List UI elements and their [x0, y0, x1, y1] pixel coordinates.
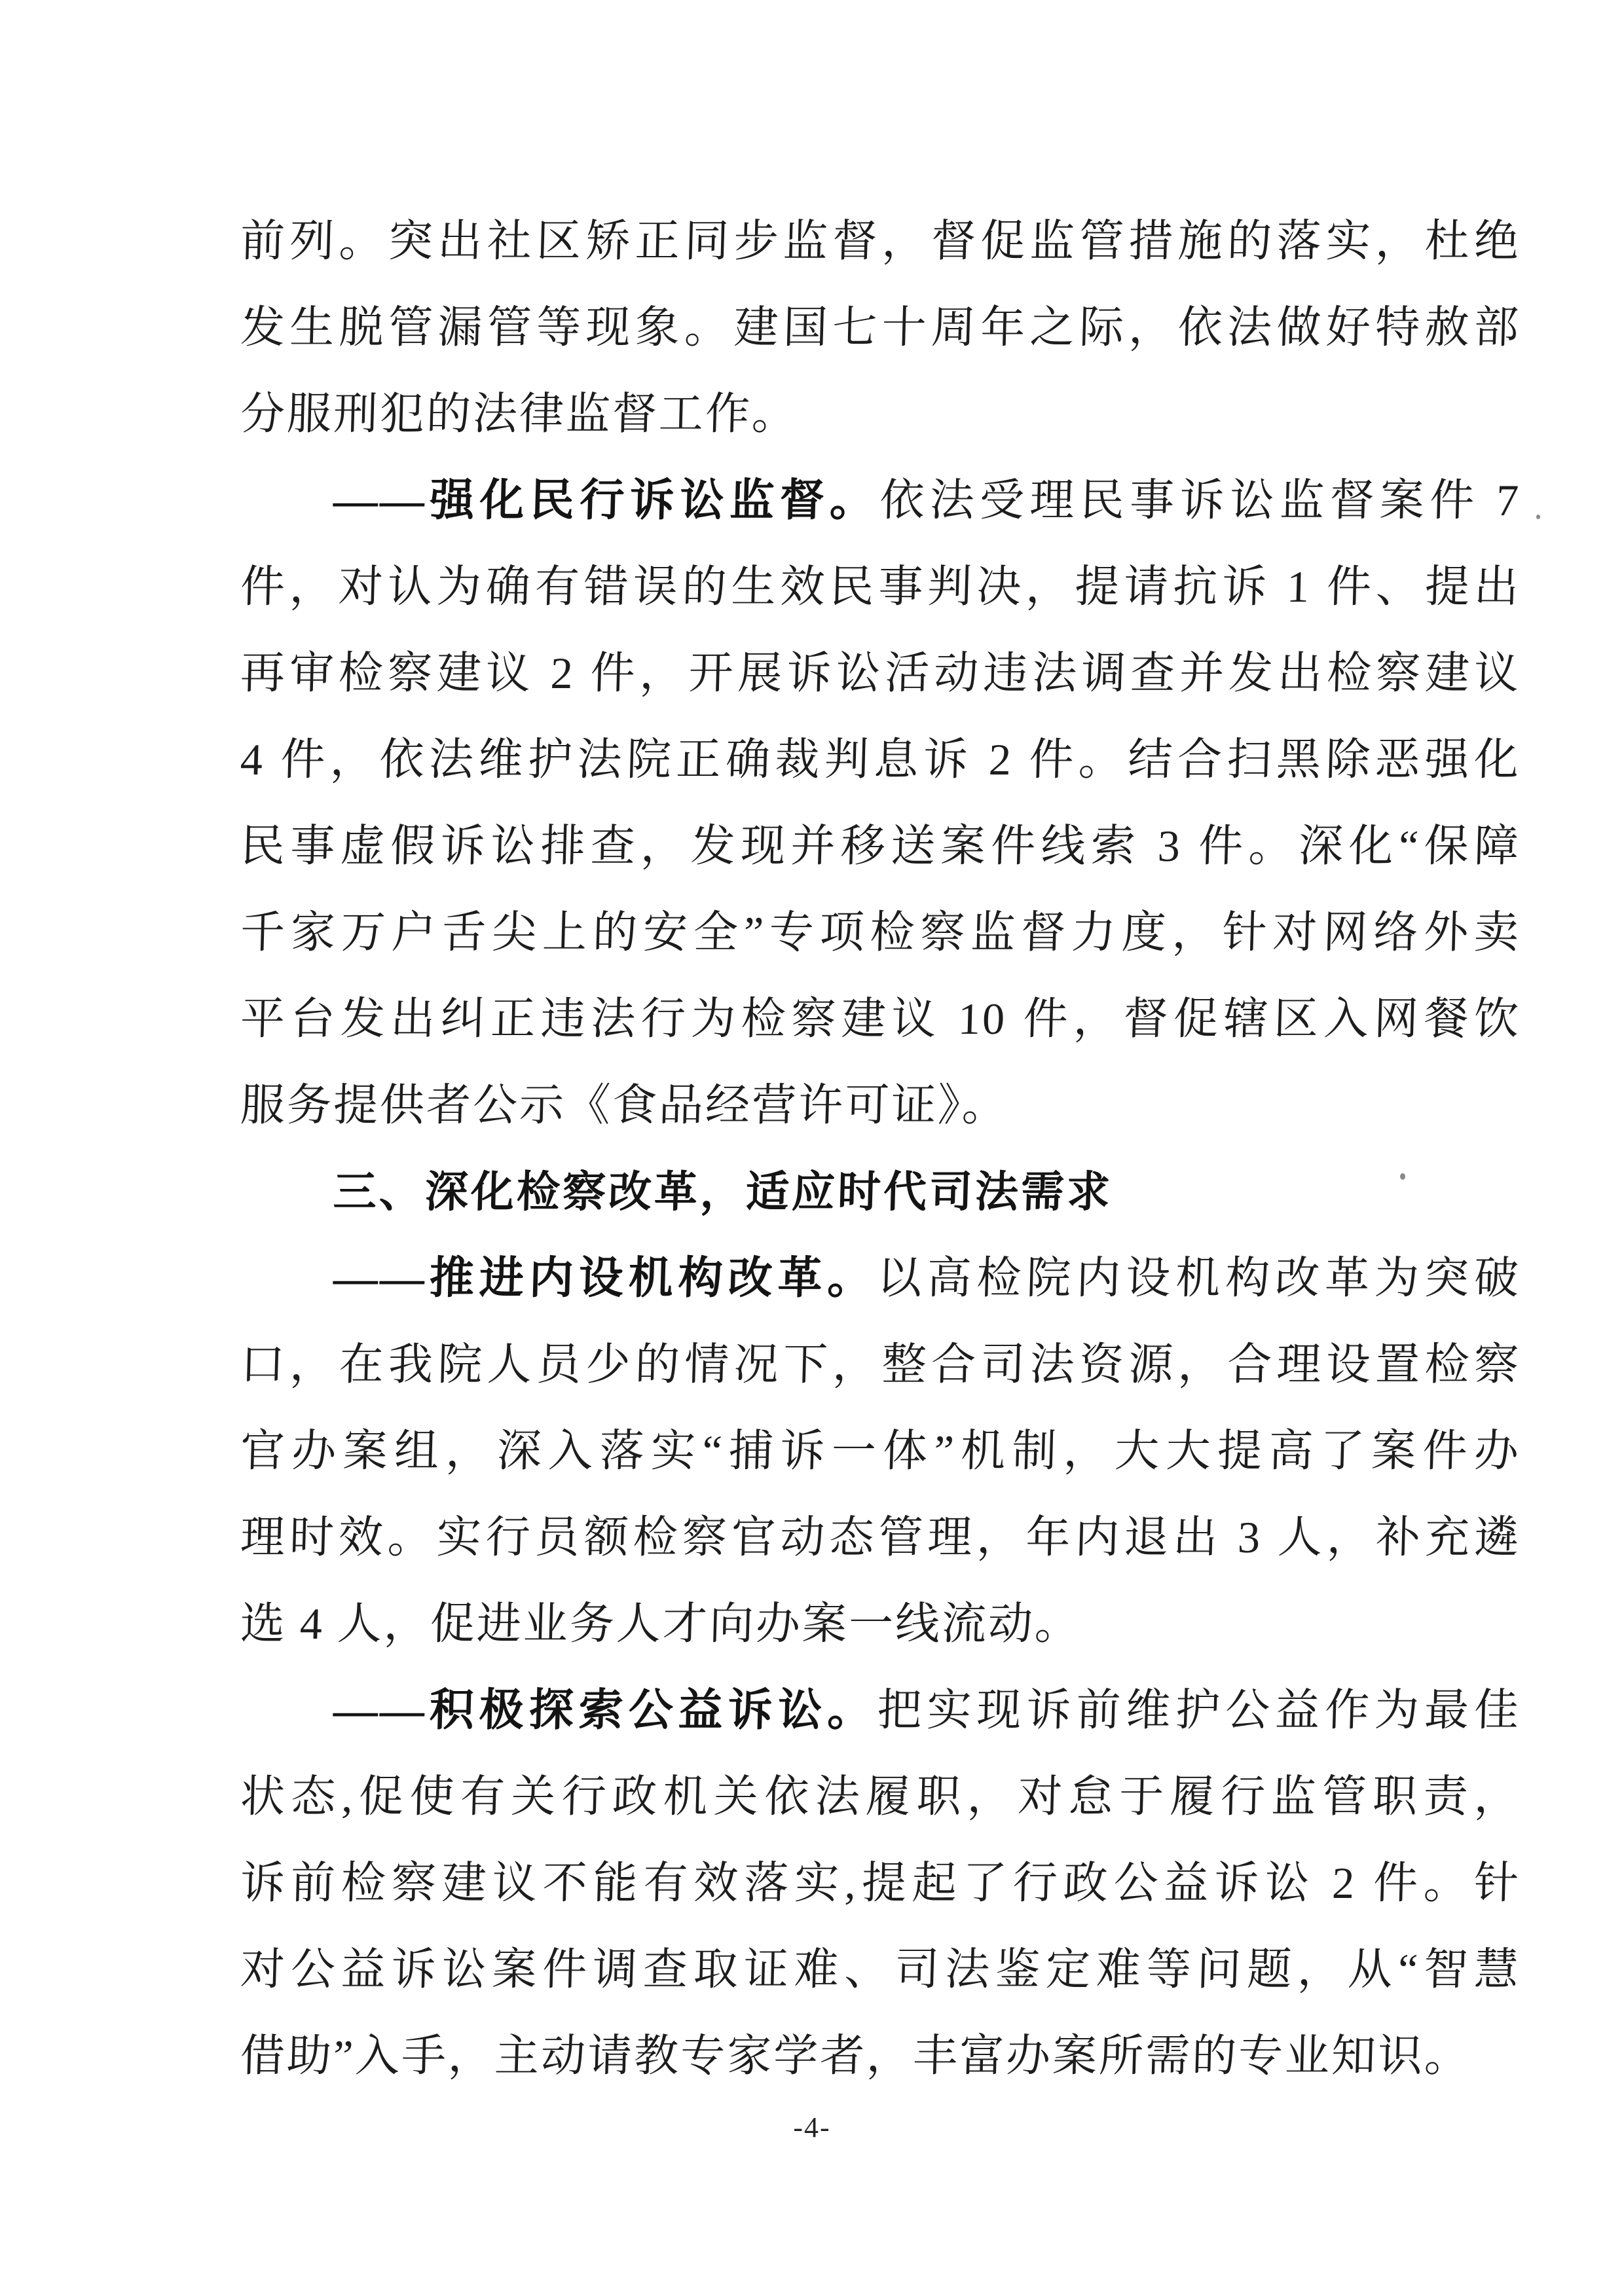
scan-speck — [1536, 515, 1540, 519]
text-line: 件，对认为确有错误的生效民事判决，提请抗诉 1 件、提出 — [239, 543, 1522, 630]
text-line: 服务提供者公示《食品经营许可证》。 — [239, 1062, 1522, 1148]
section-heading: 三、深化检察改革，适应时代司法需求 — [239, 1148, 1522, 1235]
page-number: -4- — [0, 2098, 1624, 2157]
text-line: 民事虚假诉讼排查，发现并移送案件线索 3 件。深化“保障 — [239, 803, 1522, 889]
scanned-page: 前列。突出社区矫正同步监督，督促监管措施的落实，杜绝发生脱管漏管等现象。建国七十… — [0, 0, 1624, 2296]
text-line: 官办案组，深入落实“捕诉一体”机制，大大提高了案件办 — [239, 1408, 1522, 1494]
text-run: 以高检院内设机构改革为突破 — [876, 1253, 1521, 1303]
text-line: 前列。突出社区矫正同步监督，督促监管措施的落实，杜绝 — [239, 198, 1522, 284]
text-run: 选 4 人，促进业务人才向办案一线流动。 — [240, 1599, 1082, 1649]
bold-lead-run: 三、深化检察改革，适应时代司法需求 — [333, 1167, 1113, 1216]
text-run: 依法受理民事诉讼监督案件 7 — [879, 475, 1521, 525]
text-run: 理时效。实行员额检察官动态管理，年内退出 3 人，补充遴 — [240, 1512, 1521, 1562]
text-line: 理时效。实行员额检察官动态管理，年内退出 3 人，补充遴 — [239, 1494, 1522, 1580]
text-column: 前列。突出社区矫正同步监督，督促监管措施的落实，杜绝发生脱管漏管等现象。建国七十… — [240, 198, 1521, 2099]
text-line: 4 件，依法维护法院正确裁判息诉 2 件。结合扫黑除恶强化 — [239, 716, 1522, 803]
text-run: 借助”入手，主动请教专家学者，丰富办案所需的专业知识。 — [240, 2031, 1471, 2081]
text-run: 民事虚假诉讼排查，发现并移送案件线索 3 件。深化“保障 — [240, 821, 1521, 871]
text-run: 件，对认为确有错误的生效民事判决，提请抗诉 1 件、提出 — [240, 562, 1521, 611]
text-run: 平台发出纠正违法行为检察建议 10 件，督促辖区入网餐饮 — [240, 994, 1521, 1044]
text-run: 前列。突出社区矫正同步监督，督促监管措施的落实，杜绝 — [240, 216, 1521, 266]
text-line: 对公益诉讼案件调查取证难、司法鉴定难等问题，从“智慧 — [239, 1926, 1522, 2013]
text-line: 再审检察建议 2 件，开展诉讼活动违法调查并发出检察建议 — [239, 630, 1522, 716]
bold-lead-run: ——推进内设机构改革。 — [333, 1253, 878, 1303]
text-run: 状态,促使有关行政机关依法履职，对怠于履行监管职责， — [240, 1772, 1521, 1821]
scan-speck — [1400, 1173, 1405, 1180]
text-run: 分服刑犯的法律监督工作。 — [240, 389, 799, 439]
text-run: 服务提供者公示《食品经营许可证》。 — [240, 1080, 1009, 1130]
text-line: ——积极探索公益诉讼。把实现诉前维护公益作为最佳 — [239, 1667, 1522, 1753]
text-line: 借助”入手，主动请教专家学者，丰富办案所需的专业知识。 — [239, 2013, 1522, 2099]
text-line: 口，在我院人员少的情况下，整合司法资源，合理设置检察 — [239, 1321, 1522, 1408]
text-line: 分服刑犯的法律监督工作。 — [239, 371, 1522, 457]
text-line: 状态,促使有关行政机关依法履职，对怠于履行监管职责， — [239, 1753, 1522, 1840]
text-run: 发生脱管漏管等现象。建国七十周年之际，依法做好特赦部 — [240, 302, 1521, 352]
text-line: 诉前检察建议不能有效落实,提起了行政公益诉讼 2 件。针 — [239, 1840, 1522, 1926]
text-line: 平台发出纠正违法行为检察建议 10 件，督促辖区入网餐饮 — [239, 975, 1522, 1062]
text-run: 诉前检察建议不能有效落实,提起了行政公益诉讼 2 件。针 — [240, 1858, 1521, 1908]
text-run: 再审检察建议 2 件，开展诉讼活动违法调查并发出检察建议 — [240, 648, 1521, 698]
text-run: 对公益诉讼案件调查取证难、司法鉴定难等问题，从“智慧 — [240, 1944, 1521, 1994]
text-line: 选 4 人，促进业务人才向办案一线流动。 — [239, 1580, 1522, 1667]
text-run: 千家万户舌尖上的安全”专项检察监督力度，针对网络外卖 — [240, 907, 1521, 957]
bold-lead-run: ——强化民行诉讼监督。 — [333, 475, 881, 525]
text-line: 千家万户舌尖上的安全”专项检察监督力度，针对网络外卖 — [239, 889, 1522, 975]
text-line: ——强化民行诉讼监督。依法受理民事诉讼监督案件 7 — [239, 457, 1522, 543]
text-run: 官办案组，深入落实“捕诉一体”机制，大大提高了案件办 — [240, 1426, 1521, 1476]
text-line: 发生脱管漏管等现象。建国七十周年之际，依法做好特赦部 — [239, 284, 1522, 371]
text-run: 口，在我院人员少的情况下，整合司法资源，合理设置检察 — [240, 1339, 1521, 1389]
text-line: ——推进内设机构改革。以高检院内设机构改革为突破 — [239, 1235, 1522, 1321]
text-run: 把实现诉前维护公益作为最佳 — [876, 1685, 1521, 1735]
text-run: 4 件，依法维护法院正确裁判息诉 2 件。结合扫黑除恶强化 — [240, 735, 1521, 784]
bold-lead-run: ——积极探索公益诉讼。 — [333, 1685, 878, 1735]
